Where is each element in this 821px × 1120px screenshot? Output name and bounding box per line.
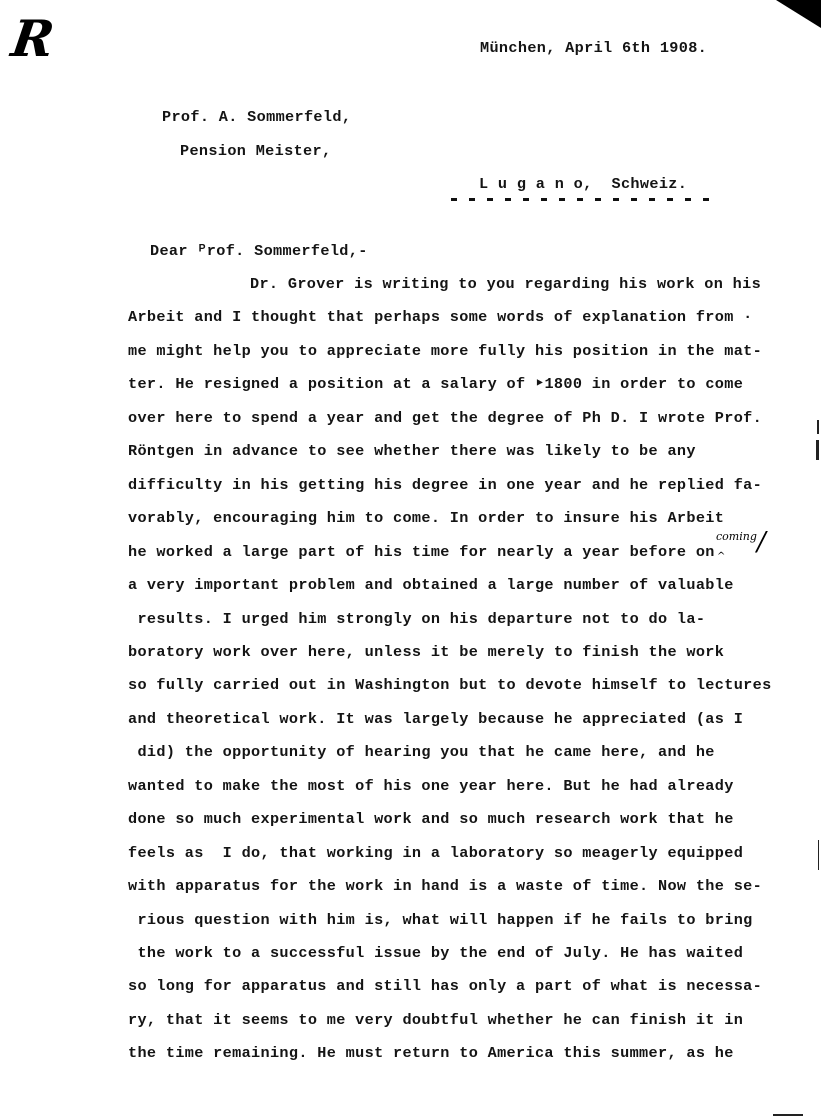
letter-page: R München, April 6th 1908. Prof. A. Somm… xyxy=(0,0,821,1120)
city-underline xyxy=(451,198,721,201)
body-line: rious question with him is, what will ha… xyxy=(128,911,753,929)
body-line: done so much experimental work and so mu… xyxy=(128,810,734,828)
scan-corner-artifact xyxy=(776,0,821,28)
body-line: so long for apparatus and still has only… xyxy=(128,977,762,995)
scan-edge-mark xyxy=(817,420,819,434)
body-line: wanted to make the most of his one year … xyxy=(128,777,734,795)
body-line: difficulty in his getting his degree in … xyxy=(128,476,762,494)
body-line: boratory work over here, unless it be me… xyxy=(128,643,724,661)
body-line: the time remaining. He must return to Am… xyxy=(128,1044,734,1062)
body-line: me might help you to appreciate more ful… xyxy=(128,342,762,360)
scan-edge-mark xyxy=(818,840,819,870)
recipient-address: Pension Meister, xyxy=(180,142,331,160)
body-line: ry, that it seems to me very doubtful wh… xyxy=(128,1011,743,1029)
body-line: ter. He resigned a position at a salary … xyxy=(128,375,743,393)
body-line: Arbeit and I thought that perhaps some w… xyxy=(128,308,753,326)
body-line: so fully carried out in Washington but t… xyxy=(128,676,772,694)
body-line: a very important problem and obtained a … xyxy=(128,576,734,594)
body-line: results. I urged him strongly on his dep… xyxy=(128,610,705,628)
insertion-caret: ^ xyxy=(717,551,725,562)
body-line: Dr. Grover is writing to you regarding h… xyxy=(250,275,761,293)
body-line: with apparatus for the work in hand is a… xyxy=(128,877,762,895)
handwritten-insertion: coming xyxy=(716,530,757,543)
body-line: feels as I do, that working in a laborat… xyxy=(128,844,743,862)
scan-edge-mark xyxy=(816,440,819,460)
body-line: over here to spend a year and get the de… xyxy=(128,409,762,427)
body-line: he worked a large part of his time for n… xyxy=(128,543,715,561)
place-date: München, April 6th 1908. xyxy=(480,39,707,57)
recipient-name: Prof. A. Sommerfeld, xyxy=(162,108,351,126)
body-line: did) the opportunity of hearing you that… xyxy=(128,743,715,761)
body-line: and theoretical work. It was largely bec… xyxy=(128,710,743,728)
recipient-city: L u g a n o, Schweiz. xyxy=(479,175,687,193)
handwritten-r-mark: R xyxy=(8,14,57,64)
salutation: Dear ᴾrof. Sommerfeld,- xyxy=(150,242,368,260)
body-line: vorably, encouraging him to come. In ord… xyxy=(128,509,724,527)
body-line: Röntgen in advance to see whether there … xyxy=(128,442,696,460)
scan-corner-artifact-bottom xyxy=(773,1114,803,1116)
insertion-stroke: / xyxy=(757,529,766,555)
body-line: the work to a successful issue by the en… xyxy=(128,944,743,962)
